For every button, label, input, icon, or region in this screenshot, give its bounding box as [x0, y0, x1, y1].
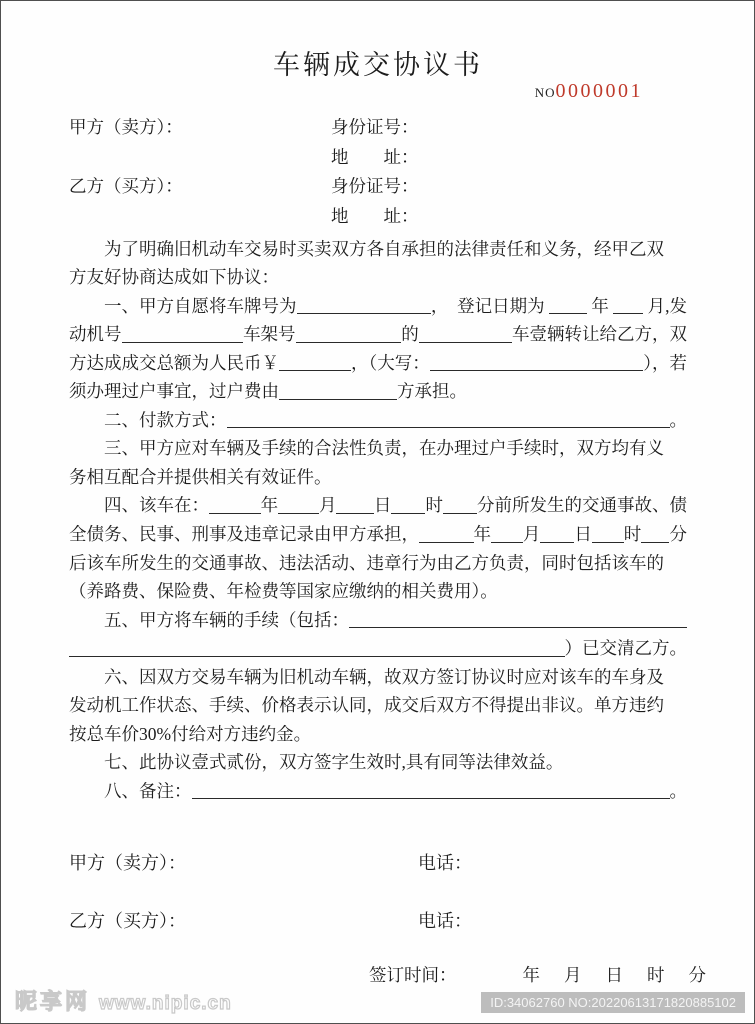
party-a-label: 甲方（卖方）：	[69, 114, 331, 139]
date-unit-label: 年	[523, 962, 541, 987]
fill-in-blank	[391, 512, 425, 514]
id-number-label: 身份证号：	[331, 114, 419, 139]
contract-line: 方友好协商达成如下协议：	[69, 261, 687, 290]
fill-in-blank	[209, 512, 261, 514]
fill-in-blank	[443, 512, 477, 514]
fill-in-blank	[592, 541, 624, 543]
body-text: 全债务、民事、刑事及违章记录由甲方承担，	[69, 521, 419, 546]
watermark-logo: 昵享网 www.nipic.cn	[15, 985, 232, 1016]
body-text: 须办理过户事宜，过户费由	[69, 378, 279, 403]
body-text: 的	[401, 321, 419, 346]
contract-line: 一、甲方自愿将车牌号为， 登记日期为 年 月,发	[69, 289, 687, 318]
contract-line: 发动机工作状态、手续、价格表示认同，成交后双方不得提出非议。单方违约	[69, 689, 687, 718]
contract-line: 四、该车在：年月日时分前所发生的交通事故、债	[69, 489, 687, 518]
id-number-label: 身份证号：	[331, 173, 419, 198]
fill-in-blank	[227, 426, 670, 428]
body-text: 一、甲方自愿将车牌号为	[104, 293, 297, 318]
body-text: 方承担。	[397, 378, 467, 403]
fill-in-blank	[613, 312, 643, 314]
party-b-sign-label: 乙方（买方）：	[69, 907, 418, 933]
body-text: 四、该车在：	[104, 492, 209, 517]
body-text: ），若	[643, 350, 687, 375]
body-text: 年	[474, 521, 492, 546]
document-content: 车辆成交协议书 NO0000001 甲方（卖方）： 身份证号： 地 址： 乙方（…	[1, 43, 754, 986]
parties-header: 甲方（卖方）： 身份证号： 地 址： 乙方（买方）： 身份证号： 地 址：	[69, 112, 687, 230]
body-text: 后该车所发生的交通事故、违法活动、违章行为由乙方负责，同时包括该车的	[69, 550, 664, 575]
contract-line: 八、备注：。	[69, 774, 687, 803]
signature-row: 甲方（卖方）： 电话：	[69, 851, 687, 873]
contract-line: 须办理过户事宜，过户费由方承担。	[69, 375, 687, 404]
body-text: 。	[670, 778, 688, 803]
fill-in-blank	[419, 541, 474, 543]
stock-id-badge: ID:34062760 NO:20220613171820885102	[481, 992, 745, 1013]
body-text: （养路费、保险费、年检费等国家应缴纳的相关费用）。	[69, 578, 498, 603]
body-text: 时	[624, 521, 642, 546]
body-text: 分前所发生的交通事故、债	[477, 492, 687, 517]
date-unit-label: 时	[647, 962, 665, 987]
contract-line: 方达成成交总额为人民币￥，（大写：），若	[69, 346, 687, 375]
body-text: 方达成成交总额为人民币￥	[69, 350, 279, 375]
contract-line: 动机号车架号的车壹辆转让给乙方，双	[69, 318, 687, 347]
document-page: 车辆成交协议书 NO0000001 甲方（卖方）： 身份证号： 地 址： 乙方（…	[0, 0, 755, 1024]
phone-label: 电话：	[418, 849, 472, 875]
sign-time-row: 签订时间： 年月日时分	[69, 964, 687, 986]
body-text: 月	[523, 521, 541, 546]
address-label: 地 址：	[331, 144, 419, 169]
fill-in-blank	[192, 797, 670, 799]
body-text: 月,发	[643, 293, 687, 318]
body-text: 为了明确旧机动车交易时买卖双方各自承担的法律责任和义务，经甲乙双	[104, 236, 664, 261]
fill-in-blank	[279, 369, 351, 371]
fill-in-blank	[430, 369, 644, 371]
contract-line: 五、甲方将车辆的手续（包括：	[69, 603, 687, 632]
body-text: 发动机工作状态、手续、价格表示认同，成交后双方不得提出非议。单方违约	[69, 692, 664, 717]
fill-in-blank	[69, 655, 565, 657]
body-text: 务相互配合并提供相关有效证件。	[69, 464, 332, 489]
contract-line: 为了明确旧机动车交易时买卖双方各自承担的法律责任和义务，经甲乙双	[69, 232, 687, 261]
address-label: 地 址：	[331, 203, 419, 228]
contract-line: 六、因双方交易车辆为旧机动车辆，故双方签订协议时应对该车的车身及	[69, 660, 687, 689]
serial-prefix: NO	[535, 85, 556, 100]
contract-line: 二、付款方式：。	[69, 403, 687, 432]
body-text: 分	[669, 521, 687, 546]
sign-time-label: 签订时间：	[369, 962, 457, 987]
body-text: 三、甲方应对车辆及手续的合法性负责，在办理过户手续时，双方均有义	[104, 435, 664, 460]
body-text: 年	[587, 293, 613, 318]
body-text: 方友好协商达成如下协议：	[69, 264, 279, 289]
contract-line: （养路费、保险费、年检费等国家应缴纳的相关费用）。	[69, 575, 687, 604]
fill-in-blank	[549, 312, 587, 314]
contract-line: 按总车价30%付给对方违约金。	[69, 717, 687, 746]
contract-body: 为了明确旧机动车交易时买卖双方各自承担的法律责任和义务，经甲乙双方友好协商达成如…	[69, 232, 687, 803]
body-text: 八、备注：	[104, 778, 192, 803]
body-text: 时	[425, 492, 443, 517]
body-text: 日	[574, 521, 592, 546]
party-a-sign-label: 甲方（卖方）：	[69, 849, 418, 875]
header-row: 地 址：	[69, 201, 687, 231]
fill-in-blank	[297, 312, 431, 314]
date-unit-label: 分	[689, 962, 707, 987]
body-text: 二、付款方式：	[104, 407, 227, 432]
body-text: ， 登记日期为	[431, 293, 549, 318]
watermark-site-url: www.nipic.cn	[99, 993, 232, 1015]
contract-line: 后该车所发生的交通事故、违法活动、违章行为由乙方负责，同时包括该车的	[69, 546, 687, 575]
watermark-logo-text: 昵享网	[15, 985, 90, 1016]
body-text: 七、此协议壹式贰份，双方签字生效时,具有同等法律效益。	[104, 749, 563, 774]
phone-label: 电话：	[418, 907, 472, 933]
date-unit-label: 月	[564, 962, 582, 987]
page-title: 车辆成交协议书	[69, 43, 687, 82]
serial-number: 0000001	[556, 80, 644, 102]
body-text: 六、因双方交易车辆为旧机动车辆，故双方签订协议时应对该车的车身及	[104, 664, 664, 689]
contract-line: 务相互配合并提供相关有效证件。	[69, 460, 687, 489]
contract-line: ）已交清乙方。	[69, 632, 687, 661]
header-row: 乙方（买方）： 身份证号：	[69, 171, 687, 201]
body-text: 五、甲方将车辆的手续（包括：	[104, 607, 349, 632]
signature-block: 甲方（卖方）： 电话： 乙方（买方）： 电话： 签订时间： 年月日时分	[69, 851, 687, 986]
body-text: 车架号	[243, 321, 296, 346]
body-text: ，（大写：	[351, 350, 430, 375]
fill-in-blank	[641, 541, 669, 543]
header-row: 甲方（卖方）： 身份证号：	[69, 112, 687, 142]
header-row: 地 址：	[69, 142, 687, 172]
fill-in-blank	[491, 541, 523, 543]
signature-row: 乙方（买方）： 电话：	[69, 909, 687, 931]
fill-in-blank	[122, 341, 244, 343]
fill-in-blank	[279, 398, 397, 400]
serial-row: NO0000001	[69, 80, 687, 104]
contract-line: 三、甲方应对车辆及手续的合法性负责，在办理过户手续时，双方均有义	[69, 432, 687, 461]
date-unit-label: 日	[606, 962, 624, 987]
body-text: 。	[670, 407, 688, 432]
fill-in-blank	[540, 541, 574, 543]
body-text: 车壹辆转让给乙方，双	[512, 321, 687, 346]
contract-line: 七、此协议壹式贰份，双方签字生效时,具有同等法律效益。	[69, 746, 687, 775]
body-text: 按总车价30%付给对方违约金。	[69, 721, 311, 746]
fill-in-blank	[278, 512, 319, 514]
body-text: 日	[374, 492, 392, 517]
contract-line: 全债务、民事、刑事及违章记录由甲方承担，年月日时分	[69, 517, 687, 546]
fill-in-blank	[336, 512, 373, 514]
fill-in-blank	[349, 626, 687, 628]
body-text: ）已交清乙方。	[565, 635, 688, 660]
date-units: 年月日时分	[457, 962, 707, 987]
body-text: 年	[261, 492, 279, 517]
body-text: 月	[319, 492, 337, 517]
body-text: 动机号	[69, 321, 122, 346]
fill-in-blank	[419, 341, 512, 343]
party-b-label: 乙方（买方）：	[69, 173, 331, 198]
fill-in-blank	[296, 341, 402, 343]
